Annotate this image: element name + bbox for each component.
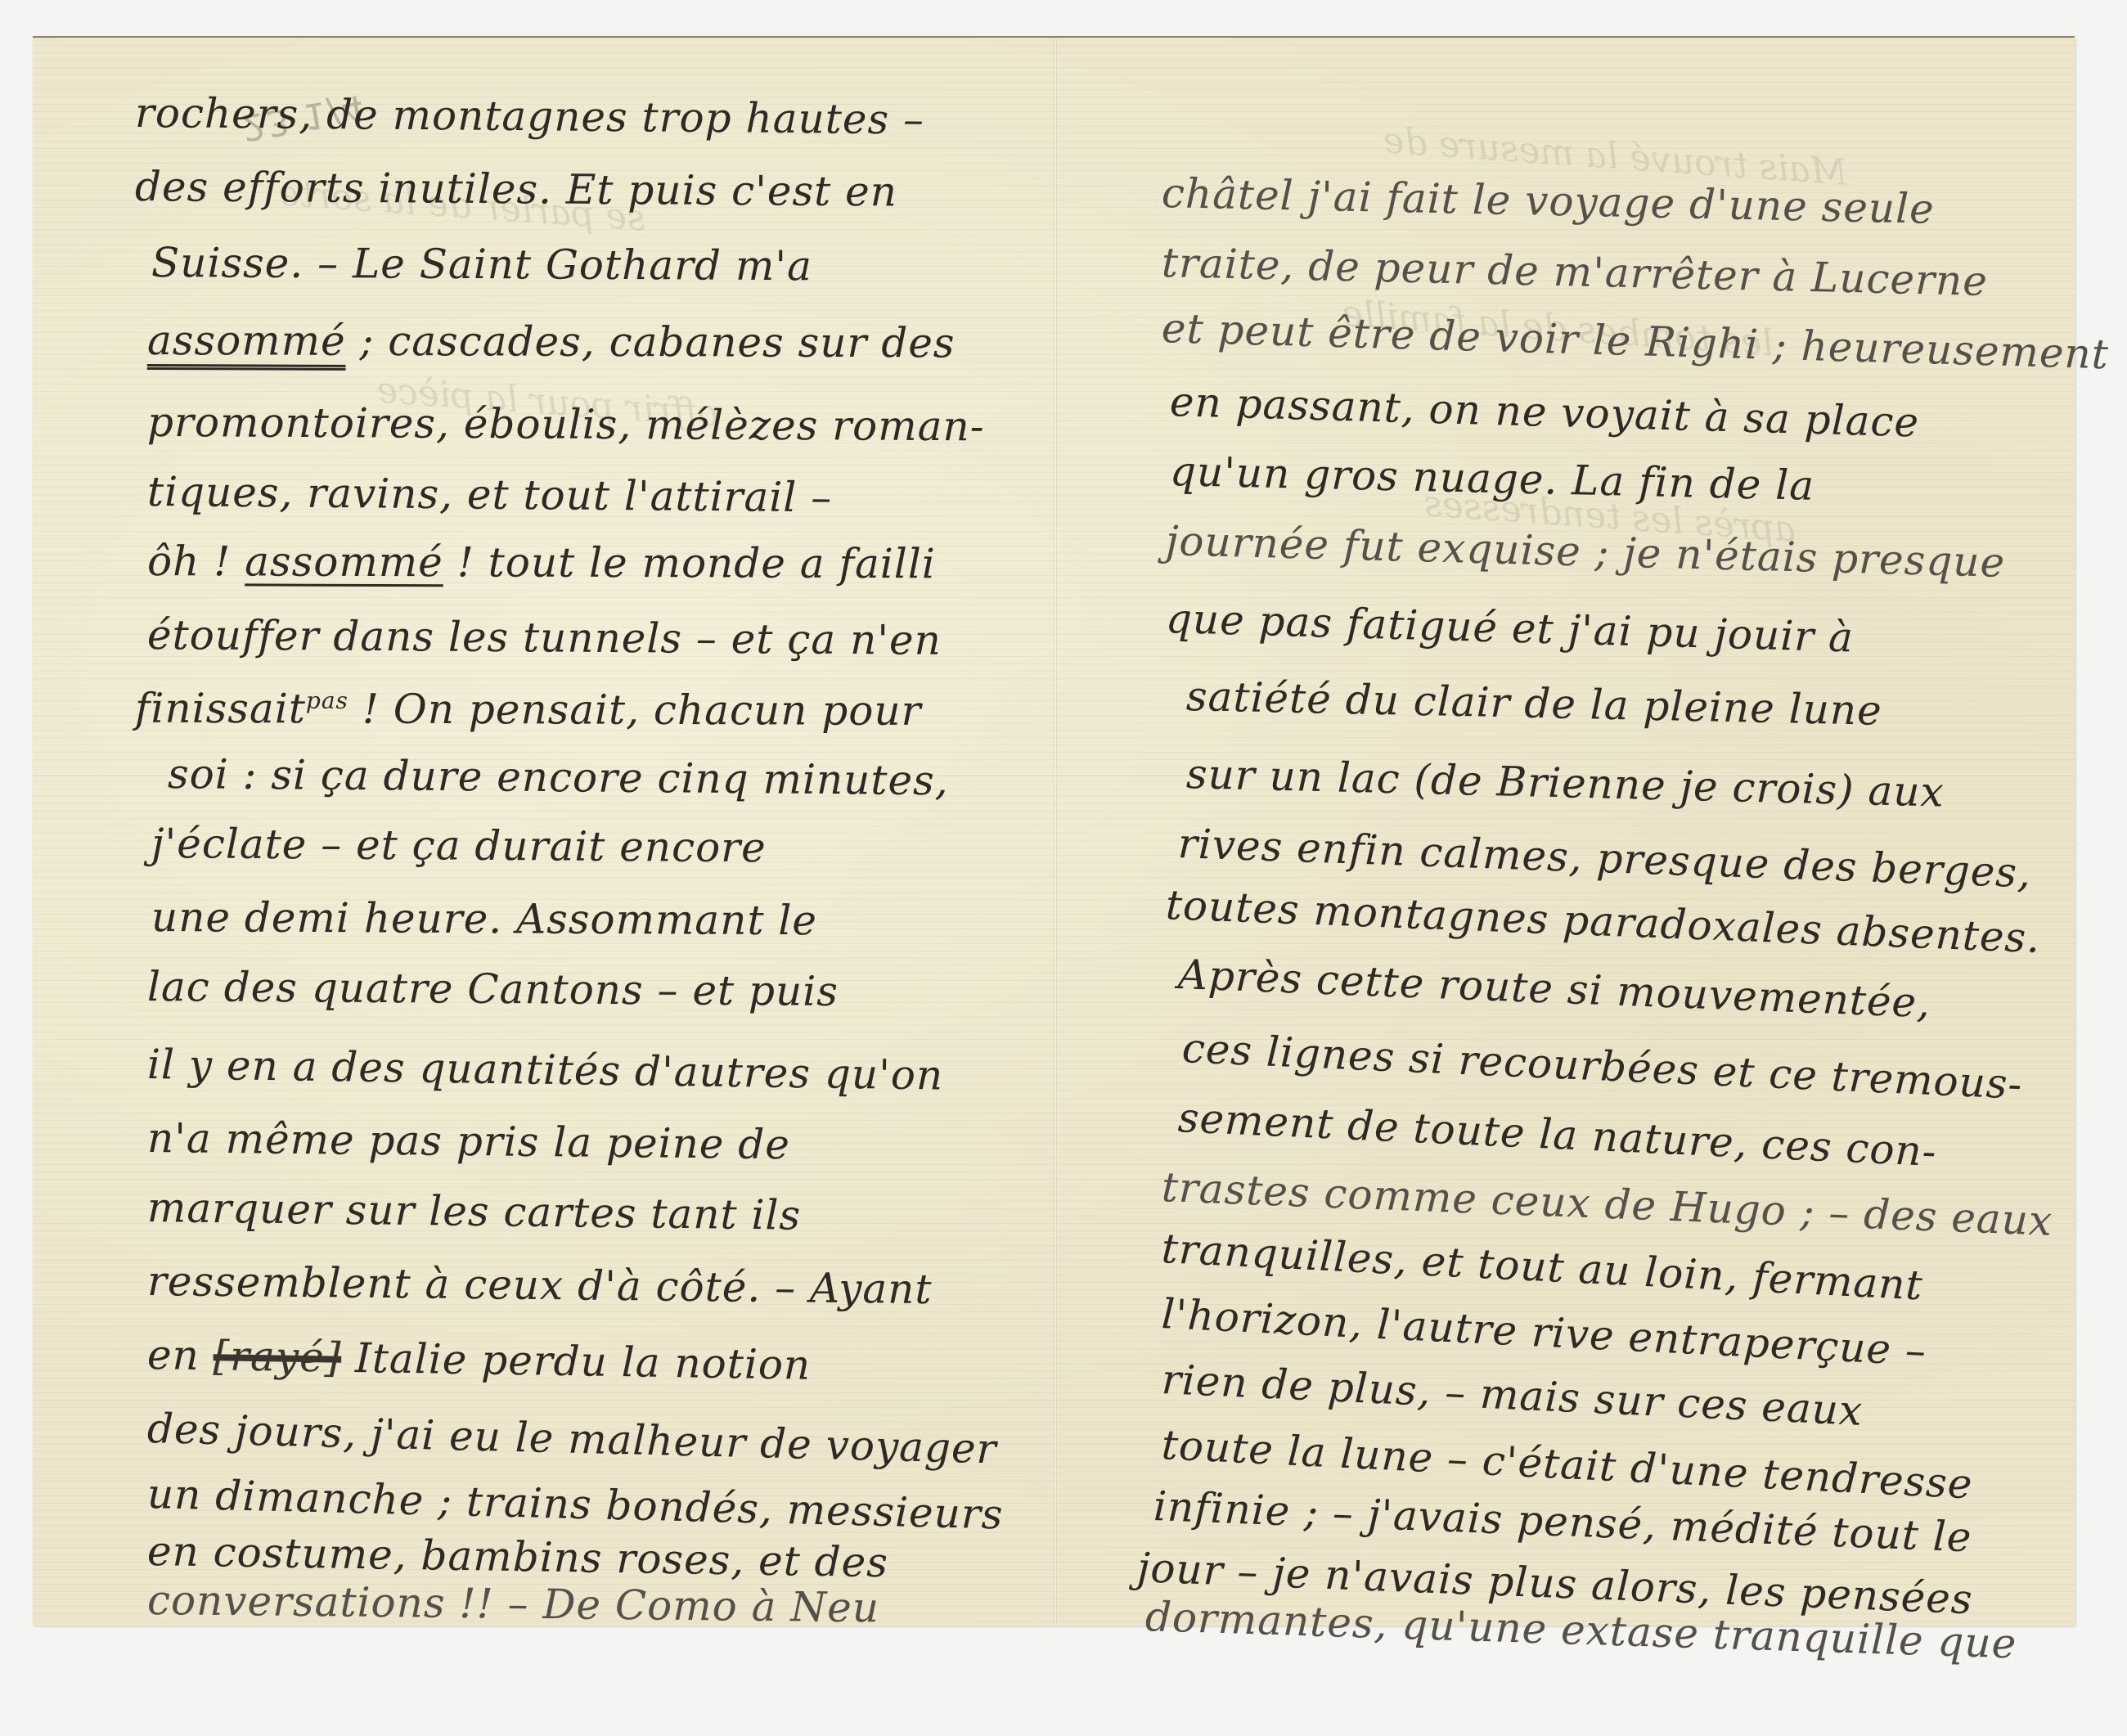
right-line-8: satiété du clair de la pleine lune <box>1185 672 1882 735</box>
left-line-22: conversations !! – De Como à Neu <box>147 1576 880 1632</box>
line-start: finissait <box>135 685 306 733</box>
left-line-1: rochers, de montagnes trop hautes – <box>135 88 925 144</box>
left-line-5: promontoires, éboulis, mélèzes roman- <box>147 398 985 451</box>
underlined-word: assommé <box>245 537 443 586</box>
right-line-5: qu'un gros nuage. La fin de la <box>1169 447 1814 510</box>
double-underlined-word: assommé <box>147 317 346 365</box>
left-line-16: marquer sur les cartes tant ils <box>147 1183 802 1240</box>
left-line-17: ressemblent à ceux d'à côté. – Ayant <box>147 1257 933 1314</box>
left-line-9: finissaitpas ! On pensait, chacun pour <box>135 676 922 735</box>
right-line-2: traite, de peur de m'arrêter à Lucerne <box>1161 238 1988 306</box>
line-rest: Italie perdu la notion <box>341 1334 812 1389</box>
left-line-18: en [rayé] Italie perdu la notion <box>147 1330 812 1390</box>
struck-out-word: [rayé] <box>213 1332 341 1381</box>
letter-sheet: Mais trouvé la mesure de les tombes de l… <box>33 38 2075 1626</box>
right-line-13: ces lignes si recourbées et ce tremous- <box>1181 1023 2024 1109</box>
line-start: en <box>147 1331 214 1379</box>
line-rest: ; cascades, cabanes sur des <box>359 317 955 367</box>
left-line-14: il y en a des quantités d'autres qu'on <box>147 1040 944 1100</box>
left-line-13: lac des quatre Cantons – et puis <box>147 962 839 1016</box>
line-rest: ! tout le monde a failli <box>457 538 936 587</box>
line-rest: ! On pensait, chacun pour <box>349 686 922 735</box>
right-line-6: journée fut exquise ; je n'étais presque <box>1165 516 2006 587</box>
left-line-7: ôh ! assommé ! tout le monde a failli <box>147 537 936 588</box>
left-line-11: j'éclate – et ça durait encore <box>151 819 767 872</box>
right-line-14: sement de toute la nature, ces con- <box>1177 1093 1938 1176</box>
left-line-4: assommé ; cascades, cabanes sur des <box>147 316 956 367</box>
left-line-12: une demi heure. Assommant le <box>151 893 817 945</box>
center-fold <box>1054 38 1057 1626</box>
left-line-2: des efforts inutiles. Et puis c'est en <box>135 162 897 217</box>
left-line-3: Suisse. – Le Saint Gothard m'a <box>151 238 812 290</box>
right-line-7: que pas fatigué et j'ai pu jouir à <box>1165 594 1855 662</box>
left-line-10: soi : si ça dure encore cinq minutes, <box>168 749 949 805</box>
right-line-9: sur un lac (de Brienne je crois) aux <box>1185 749 1945 817</box>
exclamation: ôh ! <box>147 537 245 585</box>
left-line-8: étouffer dans les tunnels – et ça n'en <box>147 610 942 665</box>
interlinear-insert: pas <box>306 687 349 714</box>
left-line-19: des jours, j'ai eu le malheur de voyager <box>146 1404 997 1473</box>
left-line-15: n'a même pas pris la peine de <box>147 1113 791 1169</box>
right-line-12: Après cette route si mouvementée, <box>1177 950 1931 1028</box>
right-line-4: en passant, on ne voyait à sa place <box>1169 377 1920 447</box>
left-line-6: tiques, ravins, et tout l'attirail – <box>147 467 833 522</box>
